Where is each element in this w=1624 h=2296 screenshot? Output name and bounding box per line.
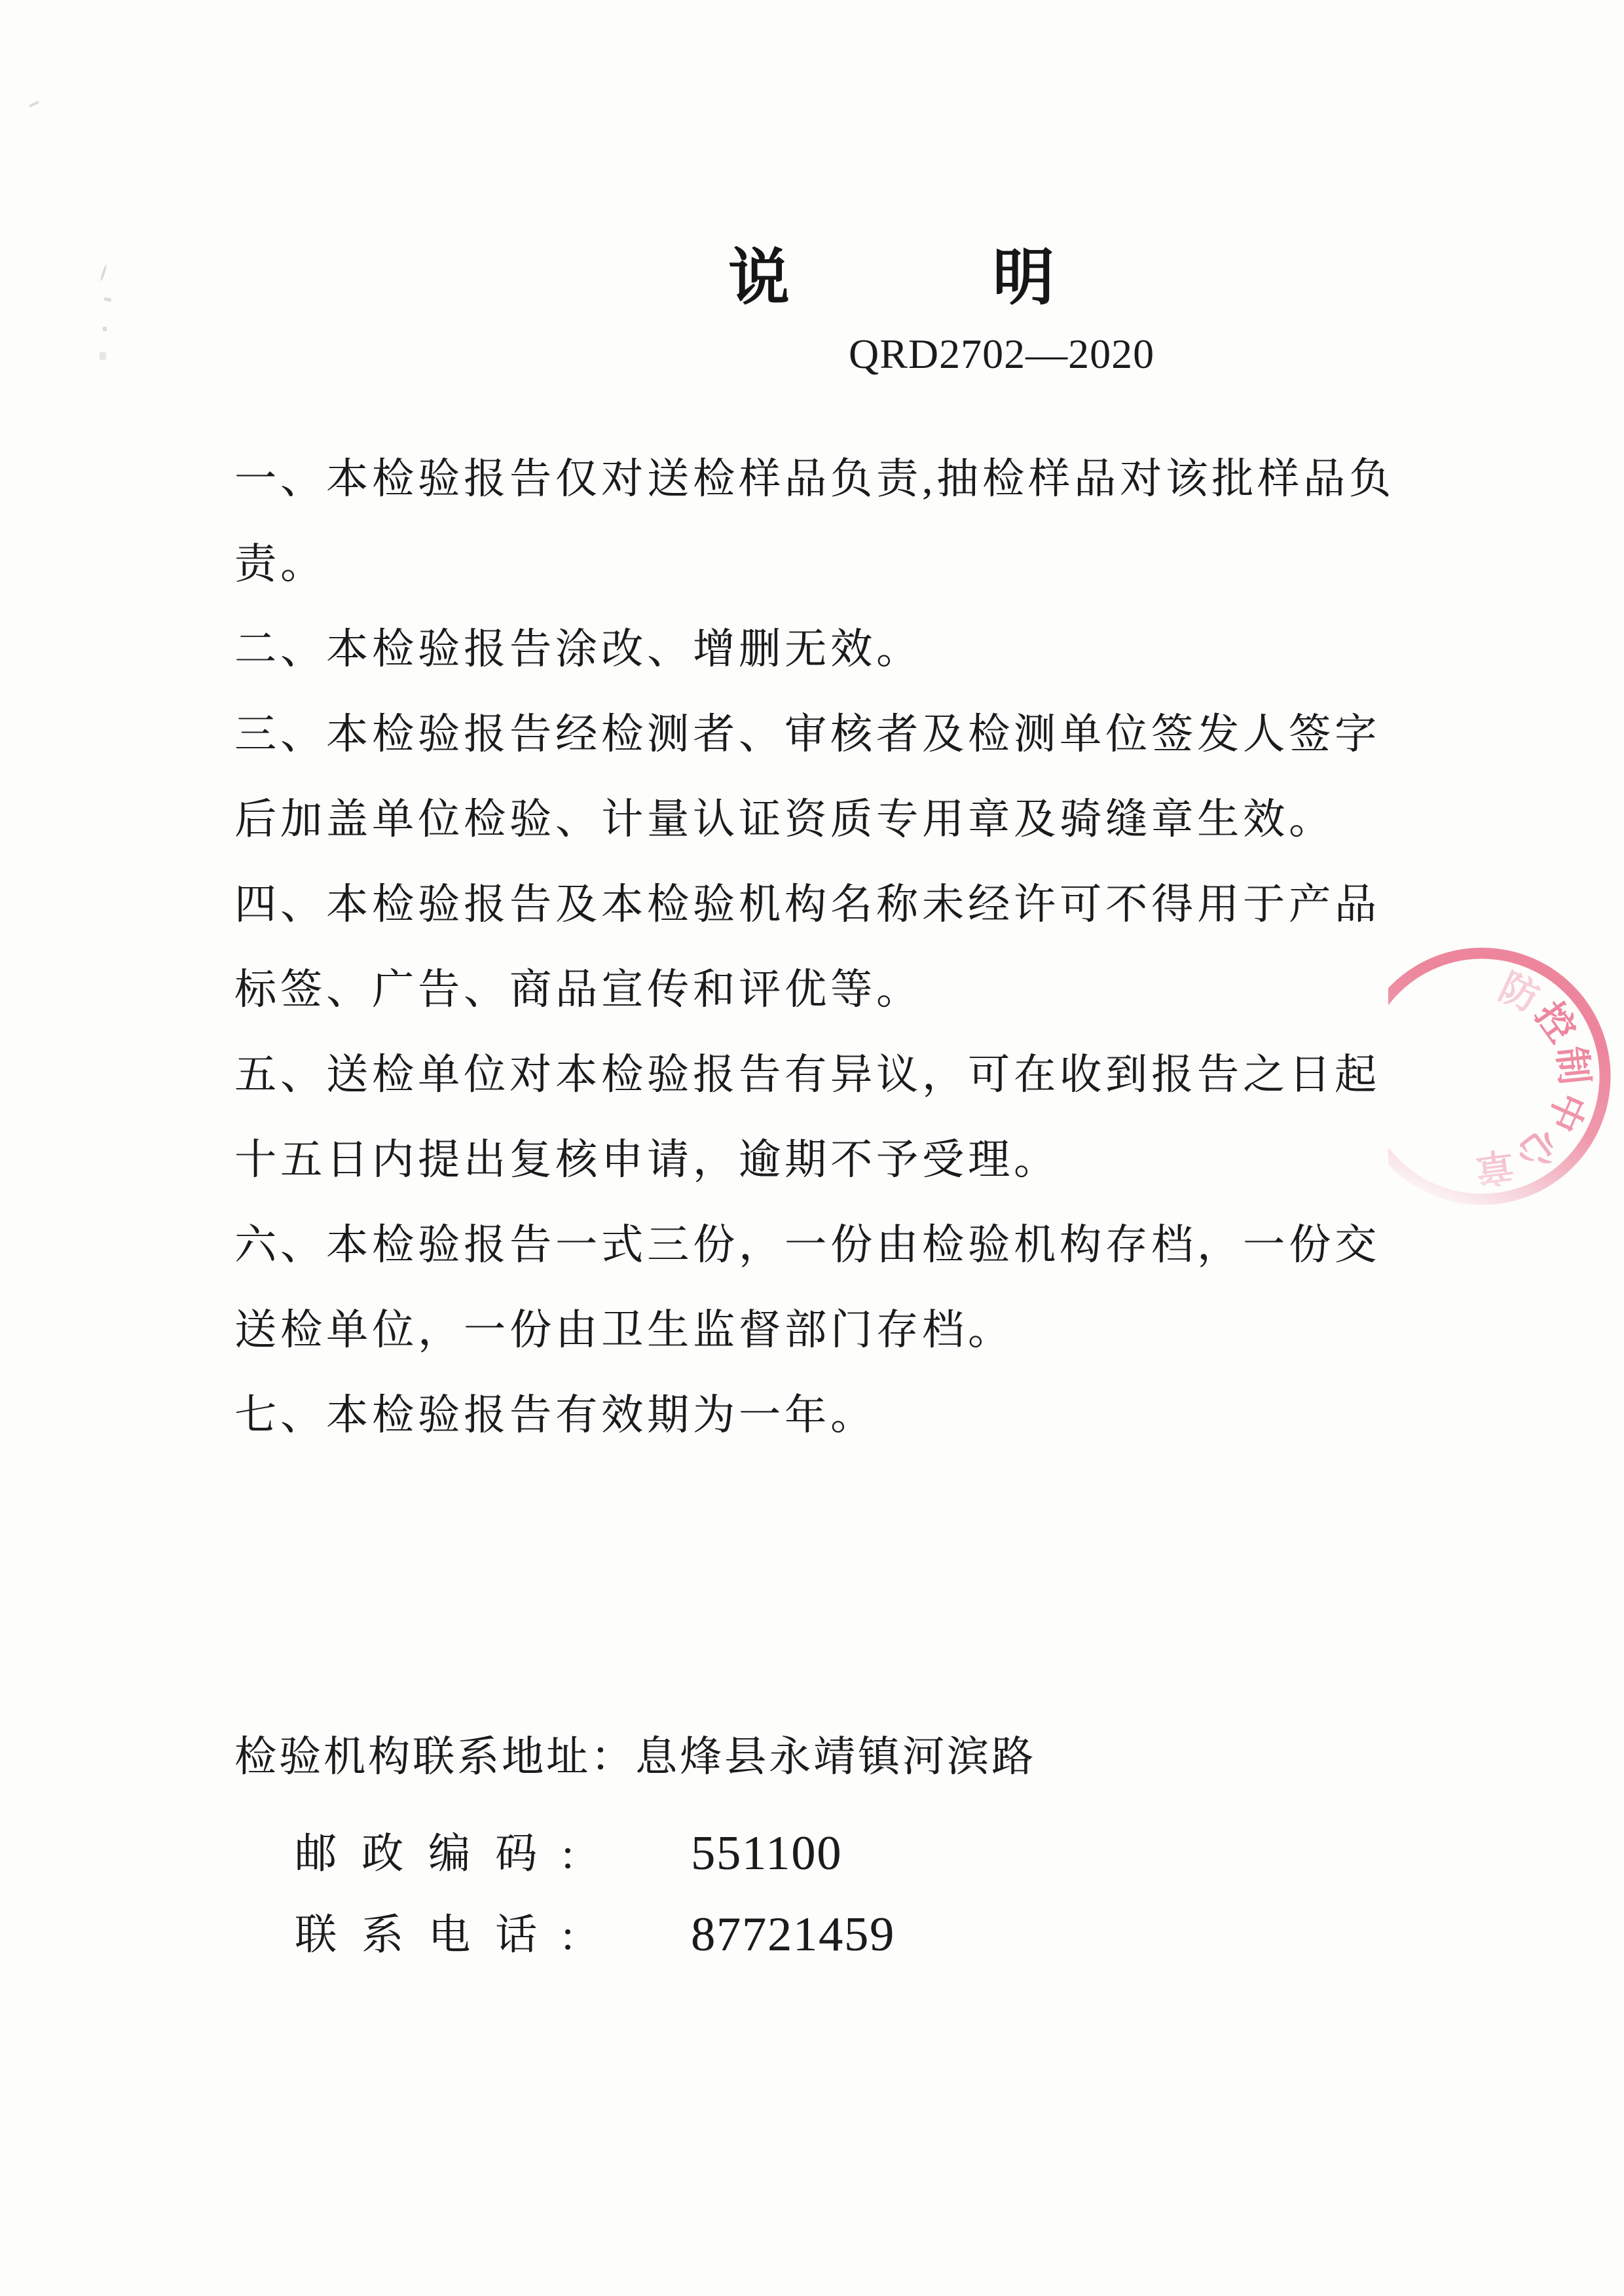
- scan-artifact: [104, 297, 112, 302]
- scan-artifact: [100, 264, 107, 282]
- body-line: 三、本检验报告经检测者、审核者及检测单位签发人签字: [234, 692, 1395, 777]
- postal-label: 邮政编码:: [295, 1831, 599, 1877]
- document-code: QRD2702—2020: [849, 330, 1154, 378]
- body-line: 后加盖单位检验、计量认证资质专用章及骑缝章生效。: [234, 777, 1395, 862]
- address-value: 息烽县永靖镇河滨路: [635, 1734, 1036, 1780]
- body-line: 二、本检验报告涂改、增删无效。: [234, 607, 1395, 692]
- postal-value: 551100: [691, 1829, 842, 1878]
- body-line: 十五日内提出复核申请，逾期不予受理。: [234, 1118, 1395, 1203]
- phone-value: 87721459: [691, 1910, 895, 1959]
- scan-artifact: [103, 327, 107, 331]
- body-line: 四、本检验报告及本检验机构名称未经许可不得用于产品: [234, 862, 1395, 947]
- body-line: 七、本检验报告有效期为一年。: [234, 1373, 1395, 1458]
- body-line: 送检单位，一份由卫生监督部门存档。: [234, 1288, 1395, 1373]
- stamp-text: 防控制中心章: [1470, 966, 1596, 1191]
- stamp-graphic: 防控制中心章: [1388, 953, 1605, 1199]
- phone-label: 联系电话:: [295, 1912, 599, 1958]
- stamp-ring: [1388, 953, 1605, 1199]
- body-line: 标签、广告、商品宣传和评优等。: [234, 947, 1395, 1032]
- official-seal-stamp-icon: 防控制中心章: [1388, 903, 1624, 1296]
- contact-postal-row: 邮政编码: 551100: [234, 1833, 599, 1875]
- body-line: 一、本检验报告仅对送检样品负责,抽检样品对该批样品负: [234, 437, 1395, 522]
- scan-artifact: [100, 352, 106, 360]
- contact-address-row: 检验机构联系地址：息烽县永靖镇河滨路: [234, 1736, 1036, 1778]
- contact-phone-row: 联系电话: 87721459: [234, 1914, 599, 1956]
- page-title: 说 明: [728, 228, 1125, 316]
- body-line: 六、本检验报告一式三份，一份由检验机构存档，一份交: [234, 1203, 1395, 1288]
- body-line: 五、送检单位对本检验报告有异议，可在收到报告之日起: [234, 1032, 1395, 1118]
- address-label: 检验机构联系地址：: [234, 1734, 635, 1780]
- body-line: 责。: [234, 522, 1395, 607]
- body-text: 一、本检验报告仅对送检样品负责,抽检样品对该批样品负 责。 二、本检验报告涂改、…: [234, 437, 1395, 1458]
- scan-artifact: [29, 101, 39, 107]
- document-page: 说 明 QRD2702—2020 一、本检验报告仅对送检样品负责,抽检样品对该批…: [0, 0, 1624, 2296]
